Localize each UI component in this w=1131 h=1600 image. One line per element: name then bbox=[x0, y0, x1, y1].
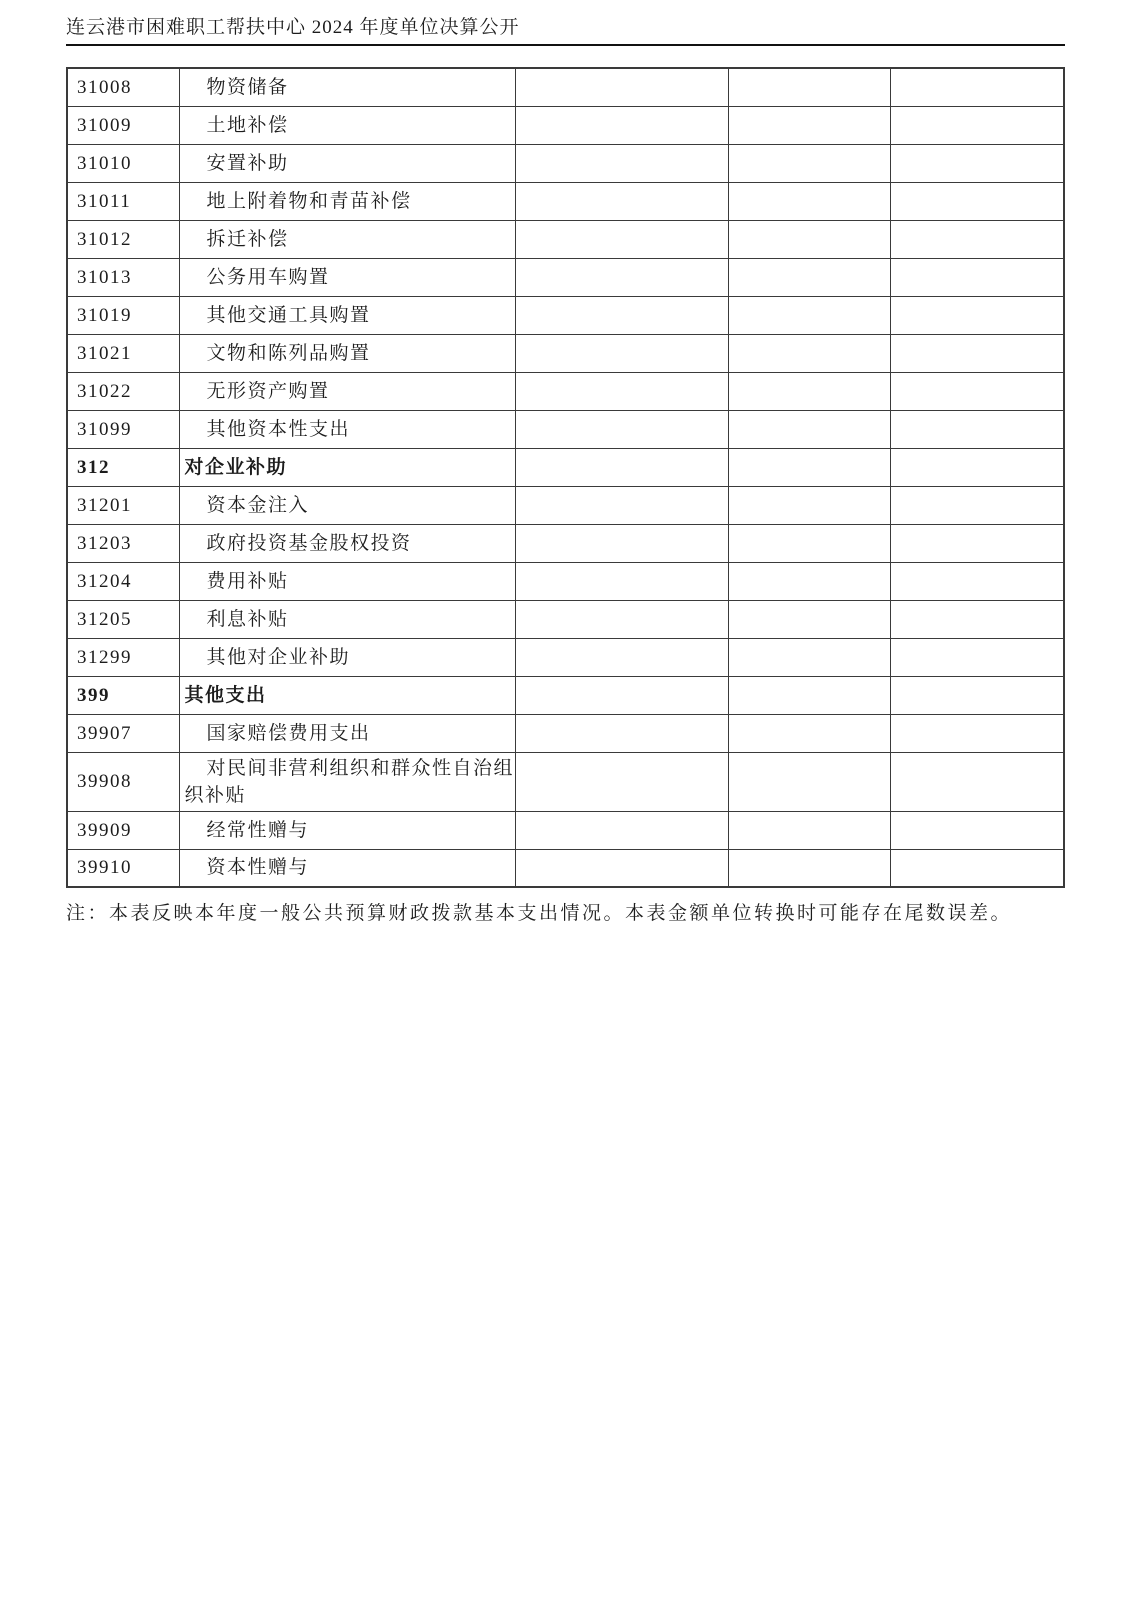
row-code-cell: 31011 bbox=[67, 182, 179, 220]
table-row: 31013公务用车购置 bbox=[67, 258, 1064, 296]
row-value-cell bbox=[728, 486, 890, 524]
row-value-cell bbox=[890, 849, 1064, 887]
row-value-cell bbox=[728, 258, 890, 296]
row-value-cell bbox=[515, 676, 728, 714]
row-label-cell: 政府投资基金股权投资 bbox=[179, 524, 515, 562]
row-code-cell: 312 bbox=[67, 448, 179, 486]
row-value-cell bbox=[890, 220, 1064, 258]
row-value-cell bbox=[515, 372, 728, 410]
row-value-cell bbox=[728, 372, 890, 410]
row-value-cell bbox=[515, 182, 728, 220]
table-row: 31009土地补偿 bbox=[67, 106, 1064, 144]
row-label-cell: 拆迁补偿 bbox=[179, 220, 515, 258]
row-value-cell bbox=[890, 182, 1064, 220]
row-code-cell: 31012 bbox=[67, 220, 179, 258]
row-code-cell: 31021 bbox=[67, 334, 179, 372]
row-value-cell bbox=[890, 486, 1064, 524]
row-code-cell: 31008 bbox=[67, 68, 179, 106]
row-value-cell bbox=[515, 106, 728, 144]
row-code-cell: 39907 bbox=[67, 714, 179, 752]
row-value-cell bbox=[890, 524, 1064, 562]
row-value-cell bbox=[728, 296, 890, 334]
row-value-cell bbox=[728, 182, 890, 220]
table-row: 31099其他资本性支出 bbox=[67, 410, 1064, 448]
table-row: 39907国家赔偿费用支出 bbox=[67, 714, 1064, 752]
row-code-cell: 39909 bbox=[67, 811, 179, 849]
row-value-cell bbox=[728, 524, 890, 562]
row-value-cell bbox=[515, 562, 728, 600]
table-row: 31011地上附着物和青苗补偿 bbox=[67, 182, 1064, 220]
table-row: 31201资本金注入 bbox=[67, 486, 1064, 524]
header-rule bbox=[66, 44, 1065, 46]
row-value-cell bbox=[728, 752, 890, 811]
row-value-cell bbox=[515, 334, 728, 372]
row-code-cell: 31099 bbox=[67, 410, 179, 448]
row-value-cell bbox=[890, 676, 1064, 714]
row-value-cell bbox=[515, 714, 728, 752]
table-row: 31204费用补贴 bbox=[67, 562, 1064, 600]
row-value-cell bbox=[890, 144, 1064, 182]
row-code-cell: 399 bbox=[67, 676, 179, 714]
row-code-cell: 39908 bbox=[67, 752, 179, 811]
row-value-cell bbox=[728, 638, 890, 676]
row-label-cell: 费用补贴 bbox=[179, 562, 515, 600]
row-value-cell bbox=[515, 296, 728, 334]
row-value-cell bbox=[890, 600, 1064, 638]
row-code-cell: 31009 bbox=[67, 106, 179, 144]
row-value-cell bbox=[515, 752, 728, 811]
table-row: 31012拆迁补偿 bbox=[67, 220, 1064, 258]
table-row: 31205利息补贴 bbox=[67, 600, 1064, 638]
row-value-cell bbox=[728, 600, 890, 638]
row-label-cell: 其他对企业补助 bbox=[179, 638, 515, 676]
table-footnote: 注：本表反映本年度一般公共预算财政拨款基本支出情况。本表金额单位转换时可能存在尾… bbox=[66, 901, 1065, 927]
row-label-cell: 地上附着物和青苗补偿 bbox=[179, 182, 515, 220]
row-code-cell: 31299 bbox=[67, 638, 179, 676]
row-value-cell bbox=[890, 811, 1064, 849]
row-label-cell: 资本性赠与 bbox=[179, 849, 515, 887]
row-label-cell: 其他资本性支出 bbox=[179, 410, 515, 448]
table-row: 39908对民间非营利组织和群众性自治组织补贴 bbox=[67, 752, 1064, 811]
row-value-cell bbox=[515, 811, 728, 849]
table-row: 31021文物和陈列品购置 bbox=[67, 334, 1064, 372]
row-label-cell: 公务用车购置 bbox=[179, 258, 515, 296]
table-row: 312对企业补助 bbox=[67, 448, 1064, 486]
row-label-cell: 无形资产购置 bbox=[179, 372, 515, 410]
row-value-cell bbox=[515, 448, 728, 486]
page-title: 连云港市困难职工帮扶中心 2024 年度单位决算公开 bbox=[66, 15, 1065, 41]
table-row: 31022无形资产购置 bbox=[67, 372, 1064, 410]
document-page: 连云港市困难职工帮扶中心 2024 年度单位决算公开 31008物资储备3100… bbox=[0, 0, 1131, 1600]
row-value-cell bbox=[728, 849, 890, 887]
row-value-cell bbox=[890, 714, 1064, 752]
row-value-cell bbox=[515, 524, 728, 562]
row-value-cell bbox=[515, 638, 728, 676]
row-code-cell: 31203 bbox=[67, 524, 179, 562]
row-label-cell: 国家赔偿费用支出 bbox=[179, 714, 515, 752]
row-value-cell bbox=[515, 144, 728, 182]
table-row: 31010安置补助 bbox=[67, 144, 1064, 182]
row-value-cell bbox=[728, 410, 890, 448]
row-value-cell bbox=[890, 448, 1064, 486]
row-value-cell bbox=[728, 220, 890, 258]
row-value-cell bbox=[728, 562, 890, 600]
row-label-cell: 安置补助 bbox=[179, 144, 515, 182]
row-code-cell: 31022 bbox=[67, 372, 179, 410]
row-code-cell: 31204 bbox=[67, 562, 179, 600]
row-code-cell: 31205 bbox=[67, 600, 179, 638]
row-value-cell bbox=[515, 410, 728, 448]
row-value-cell bbox=[890, 334, 1064, 372]
row-value-cell bbox=[890, 68, 1064, 106]
document-header: 连云港市困难职工帮扶中心 2024 年度单位决算公开 bbox=[66, 15, 1065, 46]
row-label-cell: 文物和陈列品购置 bbox=[179, 334, 515, 372]
row-code-cell: 31013 bbox=[67, 258, 179, 296]
row-label-cell: 物资储备 bbox=[179, 68, 515, 106]
row-value-cell bbox=[728, 144, 890, 182]
row-code-cell: 31201 bbox=[67, 486, 179, 524]
budget-table-body: 31008物资储备31009土地补偿31010安置补助31011地上附着物和青苗… bbox=[67, 68, 1064, 887]
row-value-cell bbox=[890, 296, 1064, 334]
row-label-cell: 资本金注入 bbox=[179, 486, 515, 524]
table-row: 39909经常性赠与 bbox=[67, 811, 1064, 849]
row-label-cell: 经常性赠与 bbox=[179, 811, 515, 849]
row-value-cell bbox=[728, 106, 890, 144]
row-label-cell: 其他支出 bbox=[179, 676, 515, 714]
table-row: 31203政府投资基金股权投资 bbox=[67, 524, 1064, 562]
row-value-cell bbox=[728, 714, 890, 752]
row-label-cell: 利息补贴 bbox=[179, 600, 515, 638]
row-code-cell: 39910 bbox=[67, 849, 179, 887]
row-code-cell: 31010 bbox=[67, 144, 179, 182]
row-label-cell: 对企业补助 bbox=[179, 448, 515, 486]
row-value-cell bbox=[890, 562, 1064, 600]
row-value-cell bbox=[515, 600, 728, 638]
row-value-cell bbox=[728, 676, 890, 714]
row-value-cell bbox=[728, 811, 890, 849]
table-row: 31019其他交通工具购置 bbox=[67, 296, 1064, 334]
row-value-cell bbox=[515, 486, 728, 524]
row-value-cell bbox=[515, 849, 728, 887]
row-value-cell bbox=[515, 220, 728, 258]
row-value-cell bbox=[515, 258, 728, 296]
row-value-cell bbox=[890, 638, 1064, 676]
table-row: 31008物资储备 bbox=[67, 68, 1064, 106]
row-value-cell bbox=[515, 68, 728, 106]
row-value-cell bbox=[890, 752, 1064, 811]
row-value-cell bbox=[728, 448, 890, 486]
row-label-cell: 对民间非营利组织和群众性自治组织补贴 bbox=[179, 752, 515, 811]
row-value-cell bbox=[890, 410, 1064, 448]
row-value-cell bbox=[890, 106, 1064, 144]
table-row: 39910资本性赠与 bbox=[67, 849, 1064, 887]
row-label-cell: 土地补偿 bbox=[179, 106, 515, 144]
row-value-cell bbox=[728, 68, 890, 106]
row-code-cell: 31019 bbox=[67, 296, 179, 334]
budget-expense-table: 31008物资储备31009土地补偿31010安置补助31011地上附着物和青苗… bbox=[66, 67, 1065, 888]
row-label-cell: 其他交通工具购置 bbox=[179, 296, 515, 334]
row-value-cell bbox=[890, 258, 1064, 296]
table-row: 399其他支出 bbox=[67, 676, 1064, 714]
table-row: 31299其他对企业补助 bbox=[67, 638, 1064, 676]
row-value-cell bbox=[728, 334, 890, 372]
row-value-cell bbox=[890, 372, 1064, 410]
